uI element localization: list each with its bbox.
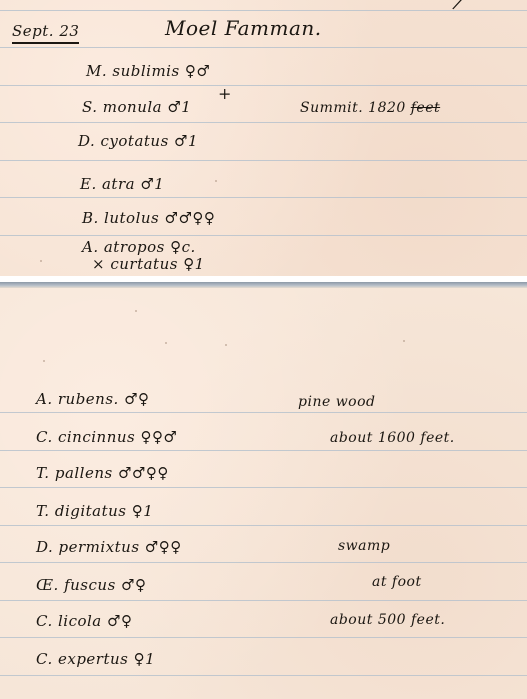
habitat-note: pine wood	[298, 394, 376, 410]
species-entry: D. cyotatus ♂1	[78, 132, 198, 150]
struck-text: feet	[411, 100, 440, 116]
paper-speck	[215, 180, 217, 182]
ruled-line	[0, 10, 527, 11]
paper-speck	[403, 340, 405, 342]
species-entry: C. licola ♂♀	[36, 612, 132, 630]
species-entry: A. atropos ♀c.	[82, 238, 196, 256]
ruled-line	[0, 412, 527, 413]
species-entry: × curtatus ♀1	[92, 255, 205, 273]
species-entry: A. rubens. ♂♀	[36, 390, 150, 408]
species-entry: C. cincinnus ♀♀♂	[36, 428, 177, 446]
location-note: Summit. 1820 feet	[300, 100, 440, 116]
paper-speck	[40, 260, 42, 262]
species-entry: S. monula ♂1	[82, 98, 191, 116]
ruled-line	[0, 160, 527, 161]
note-text: Summit. 1820	[300, 100, 411, 116]
paper-speck	[165, 342, 167, 344]
species-entry: M. sublimis ♀♂	[86, 62, 210, 80]
stray-pen-mark: /	[451, 0, 464, 13]
ruled-line	[0, 47, 527, 48]
paper-speck	[225, 344, 227, 346]
altitude-note: about 1600 feet.	[330, 430, 455, 446]
plus-mark: +	[218, 84, 231, 103]
ruled-line	[0, 197, 527, 198]
ruled-line	[0, 487, 527, 488]
location-note: at foot	[372, 574, 422, 590]
altitude-note: about 500 feet.	[330, 612, 445, 628]
species-entry: T. pallens ♂♂♀♀	[36, 464, 169, 482]
species-entry: Œ. fuscus ♂♀	[36, 576, 146, 594]
ruled-line	[0, 235, 527, 236]
paper-speck	[43, 360, 45, 362]
species-entry: C. expertus ♀1	[36, 650, 155, 668]
location-title: Moel Famman.	[165, 16, 322, 40]
ruled-line	[0, 600, 527, 601]
ruled-line	[0, 450, 527, 451]
page-edge-shadow	[0, 282, 527, 288]
species-entry: B. lutolus ♂♂♀♀	[82, 209, 215, 227]
species-entry: E. atra ♂1	[80, 175, 164, 193]
species-entry: T. digitatus ♀1	[36, 502, 153, 520]
ruled-line	[0, 525, 527, 526]
notebook-page-bottom: A. rubens. ♂♀ pine wood C. cincinnus ♀♀♂…	[0, 282, 527, 699]
notebook-page-top: / Sept. 23 Moel Famman. M. sublimis ♀♂ S…	[0, 0, 527, 276]
entry-date: Sept. 23	[12, 22, 79, 44]
ruled-line	[0, 637, 527, 638]
ruled-line	[0, 122, 527, 123]
habitat-note: swamp	[338, 538, 390, 554]
ruled-line	[0, 85, 527, 86]
ruled-line	[0, 562, 527, 563]
species-entry: D. permixtus ♂♀♀	[36, 538, 182, 556]
ruled-line	[0, 675, 527, 676]
paper-speck	[135, 310, 137, 312]
